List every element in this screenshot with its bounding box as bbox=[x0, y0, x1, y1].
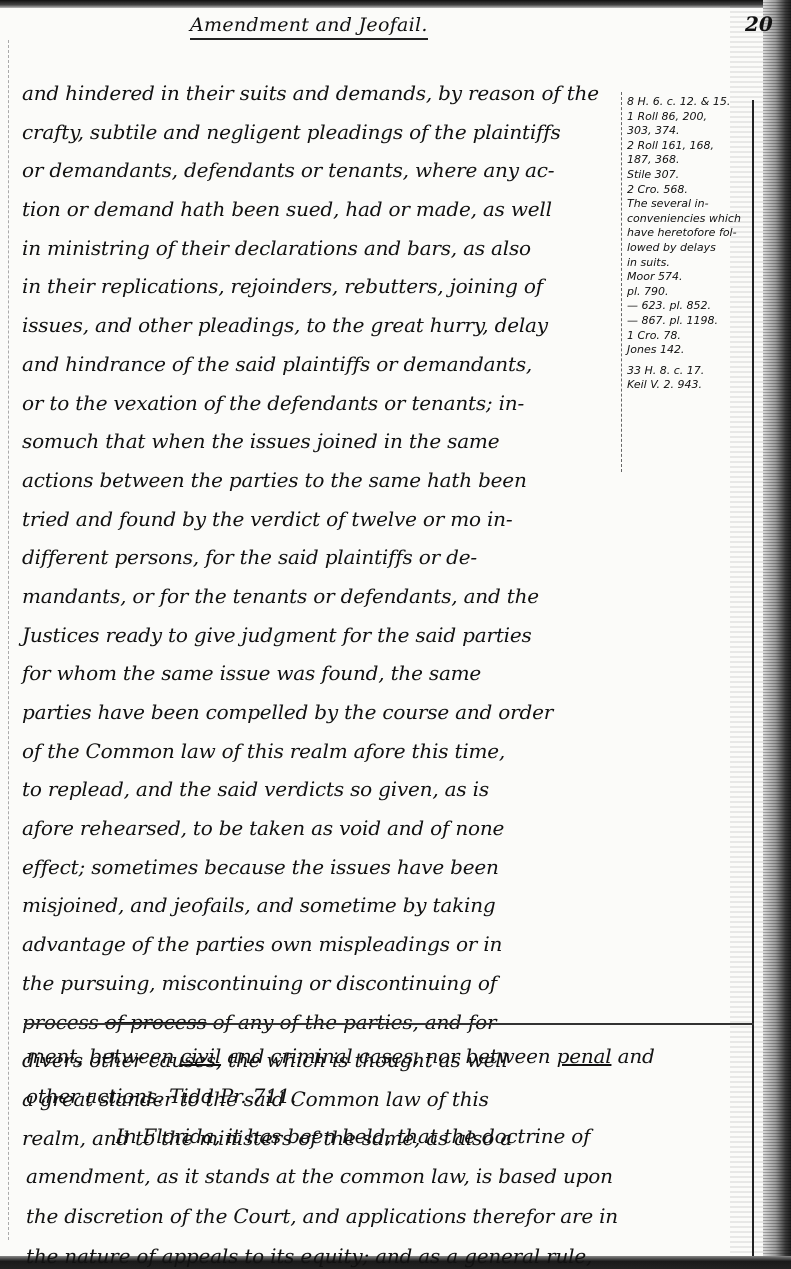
citation: — 867. pl. 1198. bbox=[627, 314, 755, 329]
text-line: advantage of the parties own mispleading… bbox=[22, 925, 622, 964]
summary-note: conveniencies which bbox=[627, 212, 755, 227]
text-segment: and bbox=[611, 1044, 654, 1068]
citation: 2 Cro. 568. bbox=[627, 183, 755, 198]
text-line: and hindrance of the said plaintiffs or … bbox=[22, 345, 622, 384]
text-line: actions between the parties to the same … bbox=[22, 461, 622, 500]
footnote-line: ment, between civil and criminal cases, … bbox=[26, 1036, 766, 1076]
summary-note: in suits. bbox=[627, 256, 755, 271]
text-line: the pursuing, miscontinuing or discontin… bbox=[22, 964, 622, 1003]
citation: 1 Roll 86, 200, bbox=[627, 110, 755, 125]
footnote-line: other actions. Tidd Pr. 711. bbox=[26, 1076, 766, 1116]
text-segment: ment, between bbox=[26, 1044, 180, 1068]
text-line: of the Common law of this realm afore th… bbox=[22, 732, 622, 771]
text-line: or to the vexation of the defendants or … bbox=[22, 384, 622, 423]
scan-right-edge bbox=[763, 0, 791, 1269]
text-line: in ministring of their declarations and … bbox=[22, 229, 622, 268]
left-ruled-line bbox=[8, 40, 9, 1240]
citation: — 623. pl. 852. bbox=[627, 299, 755, 314]
text-line: to replead, and the said verdicts so giv… bbox=[22, 770, 622, 809]
summary-note: The several in- bbox=[627, 197, 755, 212]
text-line: tion or demand hath been sued, had or ma… bbox=[22, 190, 622, 229]
text-line: crafty, subtile and negligent pleadings … bbox=[22, 113, 622, 152]
footnote-line: In Florida, it has been held, that the d… bbox=[26, 1116, 766, 1156]
text-line: tried and found by the verdict of twelve… bbox=[22, 500, 622, 539]
text-line: or demandants, defendants or tenants, wh… bbox=[22, 151, 622, 190]
footnote-line: the nature of appeals to its equity; and… bbox=[26, 1236, 766, 1269]
underlined-word: penal bbox=[557, 1044, 612, 1068]
page-number: 20 bbox=[745, 12, 773, 36]
text-line: misjoined, and jeofails, and sometime by… bbox=[22, 886, 622, 925]
text-line: somuch that when the issues joined in th… bbox=[22, 422, 622, 461]
text-line: mandants, or for the tenants or defendan… bbox=[22, 577, 622, 616]
text-line: Justices ready to give judgment for the … bbox=[22, 616, 622, 655]
citation: Moor 574. bbox=[627, 270, 755, 285]
text-line: for whom the same issue was found, the s… bbox=[22, 654, 622, 693]
text-segment: process bbox=[22, 1010, 105, 1034]
text-line: in their replications, rejoinders, rebut… bbox=[22, 267, 622, 306]
citation: pl. 790. bbox=[627, 285, 755, 300]
citation: 187, 368. bbox=[627, 153, 755, 168]
summary-note: lowed by delays bbox=[627, 241, 755, 256]
text-line: and hindered in their suits and demands,… bbox=[22, 74, 622, 113]
footnote-text: ment, between civil and criminal cases, … bbox=[26, 1036, 766, 1269]
text-line: parties have been compelled by the cours… bbox=[22, 693, 622, 732]
margin-notes: 8 H. 6. c. 12. & 15. 1 Roll 86, 200, 303… bbox=[627, 95, 755, 393]
text-line: effect; sometimes because the issues hav… bbox=[22, 848, 622, 887]
text-segment: and criminal cases, nor between bbox=[221, 1044, 557, 1068]
text-line: issues, and other pleadings, to the grea… bbox=[22, 306, 622, 345]
footnote-divider bbox=[24, 1023, 754, 1025]
underlined-word: civil bbox=[180, 1044, 221, 1068]
citation: Jones 142. bbox=[627, 343, 755, 358]
page-title: Amendment and Jeofail. bbox=[190, 14, 428, 40]
struck-text: of process bbox=[105, 1010, 207, 1034]
citation: 303, 374. bbox=[627, 124, 755, 139]
scan-top-edge bbox=[0, 0, 791, 8]
citation: Keil V. 2. 943. bbox=[627, 378, 755, 393]
body-text: and hindered in their suits and demands,… bbox=[22, 74, 622, 1157]
citation: 2 Roll 161, 168, bbox=[627, 139, 755, 154]
citation: 1 Cro. 78. bbox=[627, 329, 755, 344]
citation: 33 H. 8. c. 17. bbox=[627, 364, 755, 379]
summary-note: have heretofore fol- bbox=[627, 226, 755, 241]
citation: 8 H. 6. c. 12. & 15. bbox=[627, 95, 755, 110]
citation: Stile 307. bbox=[627, 168, 755, 183]
footnote-line: amendment, as it stands at the common la… bbox=[26, 1156, 766, 1196]
footnote-line: the discretion of the Court, and applica… bbox=[26, 1196, 766, 1236]
text-segment: of any of the parties, and for bbox=[207, 1010, 497, 1034]
text-line: afore rehearsed, to be taken as void and… bbox=[22, 809, 622, 848]
text-line: different persons, for the said plaintif… bbox=[22, 538, 622, 577]
